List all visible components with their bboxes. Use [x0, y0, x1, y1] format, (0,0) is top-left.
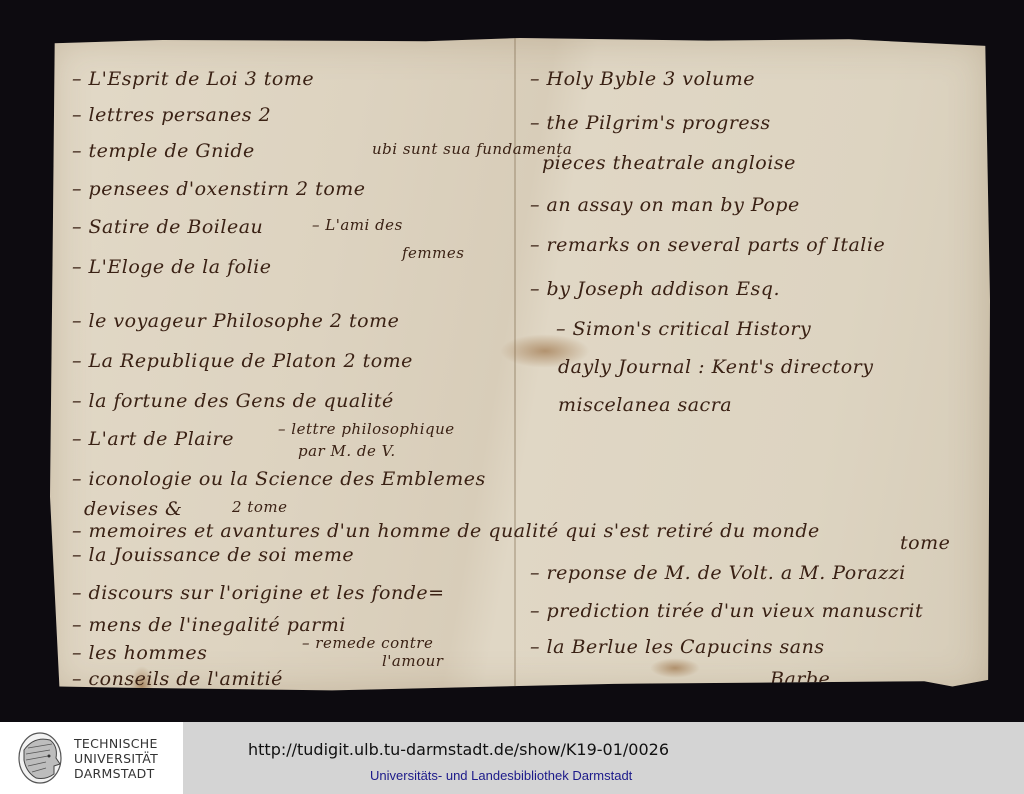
- manuscript-line: – L'Esprit de Loi 3 tome: [72, 68, 314, 90]
- manuscript-line: – la fortune des Gens de qualité: [72, 390, 394, 412]
- manuscript-sheet: – L'Esprit de Loi 3 tome– lettres persan…: [50, 38, 990, 693]
- manuscript-line: – discours sur l'origine et les fonde=: [72, 582, 445, 604]
- manuscript-line: – les hommes: [72, 642, 207, 664]
- manuscript-line: – mens de l'inegalité parmi: [72, 614, 346, 636]
- logo-line: UNIVERSITÄT: [74, 751, 158, 766]
- manuscript-line: – La Republique de Platon 2 tome: [72, 350, 413, 372]
- manuscript-line: devises &: [84, 498, 182, 520]
- manuscript-line: – pensees d'oxenstirn 2 tome: [72, 178, 366, 200]
- manuscript-line: – Holy Byble 3 volume: [530, 68, 755, 90]
- manuscript-annotation: par M. de V.: [298, 442, 396, 460]
- manuscript-line: – by Joseph addison Esq.: [530, 278, 780, 300]
- manuscript-line: – Simon's critical History: [556, 318, 811, 340]
- manuscript-line: – la Berlue les Capucins sans: [530, 636, 825, 658]
- manuscript-line: – la Jouissance de soi meme: [72, 544, 354, 566]
- manuscript-annotation: l'amour: [382, 652, 443, 670]
- manuscript-annotation: – lettre philosophique: [278, 420, 455, 438]
- manuscript-line: – an assay on man by Pope: [530, 194, 800, 216]
- manuscript-line: – remarks on several parts of Italie: [530, 234, 885, 256]
- page-fold: [514, 38, 516, 693]
- scan-viewport: – L'Esprit de Loi 3 tome– lettres persan…: [0, 0, 1024, 722]
- manuscript-line: – conseils de l'amitié: [72, 668, 283, 690]
- footer-bar: TECHNISCHE UNIVERSITÄT DARMSTADT http://…: [0, 722, 1024, 794]
- manuscript-line: – reponse de M. de Volt. a M. Porazzi: [530, 562, 906, 584]
- manuscript-line: tome: [900, 532, 950, 554]
- manuscript-line: pieces theatrale angloise: [542, 152, 796, 174]
- manuscript-line: – L'art de Plaire: [72, 428, 234, 450]
- manuscript-line: – L'Eloge de la folie: [72, 256, 271, 278]
- manuscript-annotation: – remede contre: [302, 634, 433, 652]
- library-name[interactable]: Universitäts- und Landesbibliothek Darms…: [370, 768, 632, 783]
- manuscript-annotation: 2 tome: [232, 498, 287, 516]
- manuscript-line: – the Pilgrim's progress: [530, 112, 771, 134]
- manuscript-line: – memoires et avantures d'un homme de qu…: [72, 520, 820, 542]
- permalink-url[interactable]: http://tudigit.ulb.tu-darmstadt.de/show/…: [248, 740, 669, 759]
- manuscript-line: – le voyageur Philosophe 2 tome: [72, 310, 399, 332]
- manuscript-line: – temple de Gnide: [72, 140, 255, 162]
- manuscript-line: dayly Journal : Kent's directory: [558, 356, 873, 378]
- manuscript-line: – iconologie ou la Science des Emblemes: [72, 468, 486, 490]
- tu-darmstadt-logo[interactable]: TECHNISCHE UNIVERSITÄT DARMSTADT: [0, 722, 183, 794]
- logo-line: TECHNISCHE: [74, 736, 158, 751]
- manuscript-line: Barbe: [770, 668, 830, 690]
- manuscript-line: – prediction tirée d'un vieux manuscrit: [530, 600, 923, 622]
- manuscript-line: – lettres persanes 2: [72, 104, 271, 126]
- manuscript-line: miscelanea sacra: [558, 394, 732, 416]
- logo-line: DARMSTADT: [74, 766, 158, 781]
- logo-wordmark: TECHNISCHE UNIVERSITÄT DARMSTADT: [74, 736, 158, 781]
- athena-head-icon: [16, 730, 64, 786]
- manuscript-annotation: – L'ami des: [312, 216, 403, 234]
- ink-stain: [650, 658, 700, 678]
- manuscript-annotation: femmes: [402, 244, 464, 262]
- manuscript-line: – Satire de Boileau: [72, 216, 263, 238]
